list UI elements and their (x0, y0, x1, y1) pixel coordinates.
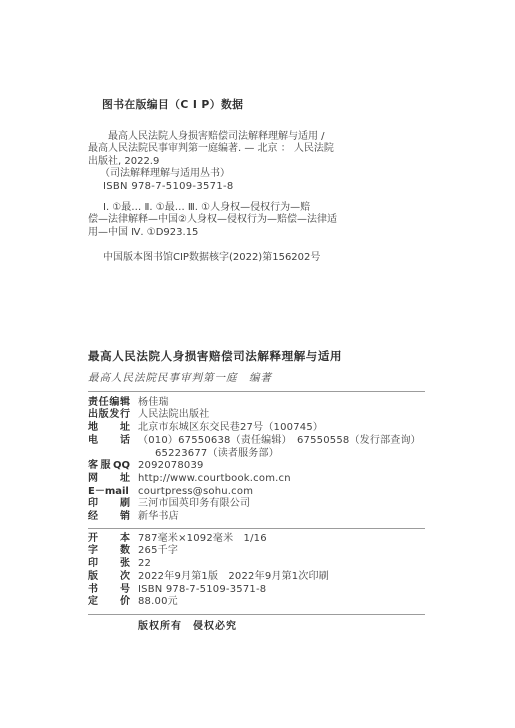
row-label: E－mail (88, 486, 130, 499)
row-value: 2092078039 (138, 460, 425, 473)
row-label: 印刷 (88, 498, 130, 511)
imprint-row-editor: 责任编辑 杨佳瑞 (88, 397, 425, 410)
copyright-notice: 版权所有 侵权必究 (138, 621, 425, 634)
imprint-row-price: 定价 88.00元 (88, 596, 425, 609)
cip-record-number: 中国版本图书馆CIP数据核字(2022)第156202号 (103, 252, 432, 265)
row-label: 版次 (88, 571, 130, 584)
row-label: 客服QQ (88, 460, 130, 473)
row-label: 电话 (88, 435, 130, 448)
imprint-row-wordcount: 字数 265千字 (88, 545, 425, 558)
cip-isbn: ISBN 978-7-5109-3571-8 (103, 181, 432, 194)
cip-line: 出版社, 2022.9 (88, 156, 432, 169)
divider (88, 614, 425, 615)
imprint-row-website: 网址 http://www.courtbook.com.cn (88, 473, 425, 486)
row-label: 定价 (88, 596, 130, 609)
row-label: 字数 (88, 545, 130, 558)
imprint-row-phone-line2: 65223677（读者服务部） (155, 448, 425, 461)
row-value: 人民法院出版社 (138, 409, 425, 422)
divider (88, 391, 425, 392)
row-label: 书号 (88, 584, 130, 597)
imprint-block: 最高人民法院人身损害赔偿司法解释理解与适用 最高人民法院民事审判第一庭 编著 责… (88, 349, 425, 634)
row-value: 88.00元 (138, 596, 425, 609)
row-label: 开本 (88, 533, 130, 546)
imprint-row-phone: 电话 （010）67550638（责任编辑） 67550558（发行部查询） (88, 435, 425, 448)
classification-line: 用—中国 Ⅳ. ①D923.15 (88, 227, 432, 240)
row-value: courtpress@sohu.com (138, 486, 425, 499)
row-label: 经销 (88, 511, 130, 524)
row-value: 北京市东城区东交民巷27号（100745） (138, 422, 425, 435)
row-value: 22 (138, 558, 425, 571)
cip-data-block: 图书在版编目（C I P）数据 最高人民法院人身损害赔偿司法解释理解与适用 / … (88, 99, 432, 265)
row-label: 出版发行 (88, 409, 130, 422)
row-value: ISBN 978-7-5109-3571-8 (138, 584, 425, 597)
book-author: 最高人民法院民事审判第一庭 编著 (88, 372, 425, 385)
imprint-row-distributor: 经销 新华书店 (88, 511, 425, 524)
imprint-row-format: 开本 787毫米×1092毫米 1/16 (88, 533, 425, 546)
cip-line: 最高人民法院人身损害赔偿司法解释理解与适用 / (88, 131, 432, 144)
row-value: （010）67550638（责任编辑） 67550558（发行部查询） (138, 435, 425, 448)
row-label: 网址 (88, 473, 130, 486)
imprint-row-qq: 客服QQ 2092078039 (88, 460, 425, 473)
cip-paragraph: 最高人民法院人身损害赔偿司法解释理解与适用 / 最高人民法院民事审判第一庭编著.… (88, 131, 432, 169)
series-note: （司法解释理解与适用丛书） (100, 168, 432, 181)
row-value: 2022年9月第1版 2022年9月第1次印刷 (138, 571, 425, 584)
imprint-row-email: E－mail courtpress@sohu.com (88, 486, 425, 499)
imprint-row-isbn: 书号 ISBN 978-7-5109-3571-8 (88, 584, 425, 597)
imprint-row-edition: 版次 2022年9月第1版 2022年9月第1次印刷 (88, 571, 425, 584)
imprint-row-sheets: 印张 22 (88, 558, 425, 571)
row-label: 责任编辑 (88, 397, 130, 410)
row-value: 265千字 (138, 545, 425, 558)
row-value: http://www.courtbook.com.cn (138, 473, 425, 486)
book-copyright-page: 图书在版编目（C I P）数据 最高人民法院人身损害赔偿司法解释理解与适用 / … (0, 0, 515, 728)
row-value: 787毫米×1092毫米 1/16 (138, 533, 425, 546)
book-title: 最高人民法院人身损害赔偿司法解释理解与适用 (88, 349, 425, 363)
cip-line: 最高人民法院民事审判第一庭编著. — 北京 ： 人民法院 (88, 143, 432, 156)
row-value: 杨佳瑞 (138, 397, 425, 410)
imprint-row-printer: 印刷 三河市国英印务有限公司 (88, 498, 425, 511)
divider (88, 528, 425, 529)
row-value: 三河市国英印务有限公司 (138, 498, 425, 511)
imprint-row-publisher: 出版发行 人民法院出版社 (88, 409, 425, 422)
classification-line: Ⅰ. ①最… Ⅱ. ①最… Ⅲ. ①人身权—侵权行为—赔 (88, 202, 432, 215)
classification-line: 偿—法律解释—中国②人身权—侵权行为—赔偿—法律适 (88, 214, 432, 227)
row-label: 印张 (88, 558, 130, 571)
cip-classification: Ⅰ. ①最… Ⅱ. ①最… Ⅲ. ①人身权—侵权行为—赔 偿—法律解释—中国②人… (88, 202, 432, 240)
imprint-row-address: 地址 北京市东城区东交民巷27号（100745） (88, 422, 425, 435)
row-label: 地址 (88, 422, 130, 435)
row-value: 新华书店 (138, 511, 425, 524)
cip-header: 图书在版编目（C I P）数据 (102, 99, 432, 112)
